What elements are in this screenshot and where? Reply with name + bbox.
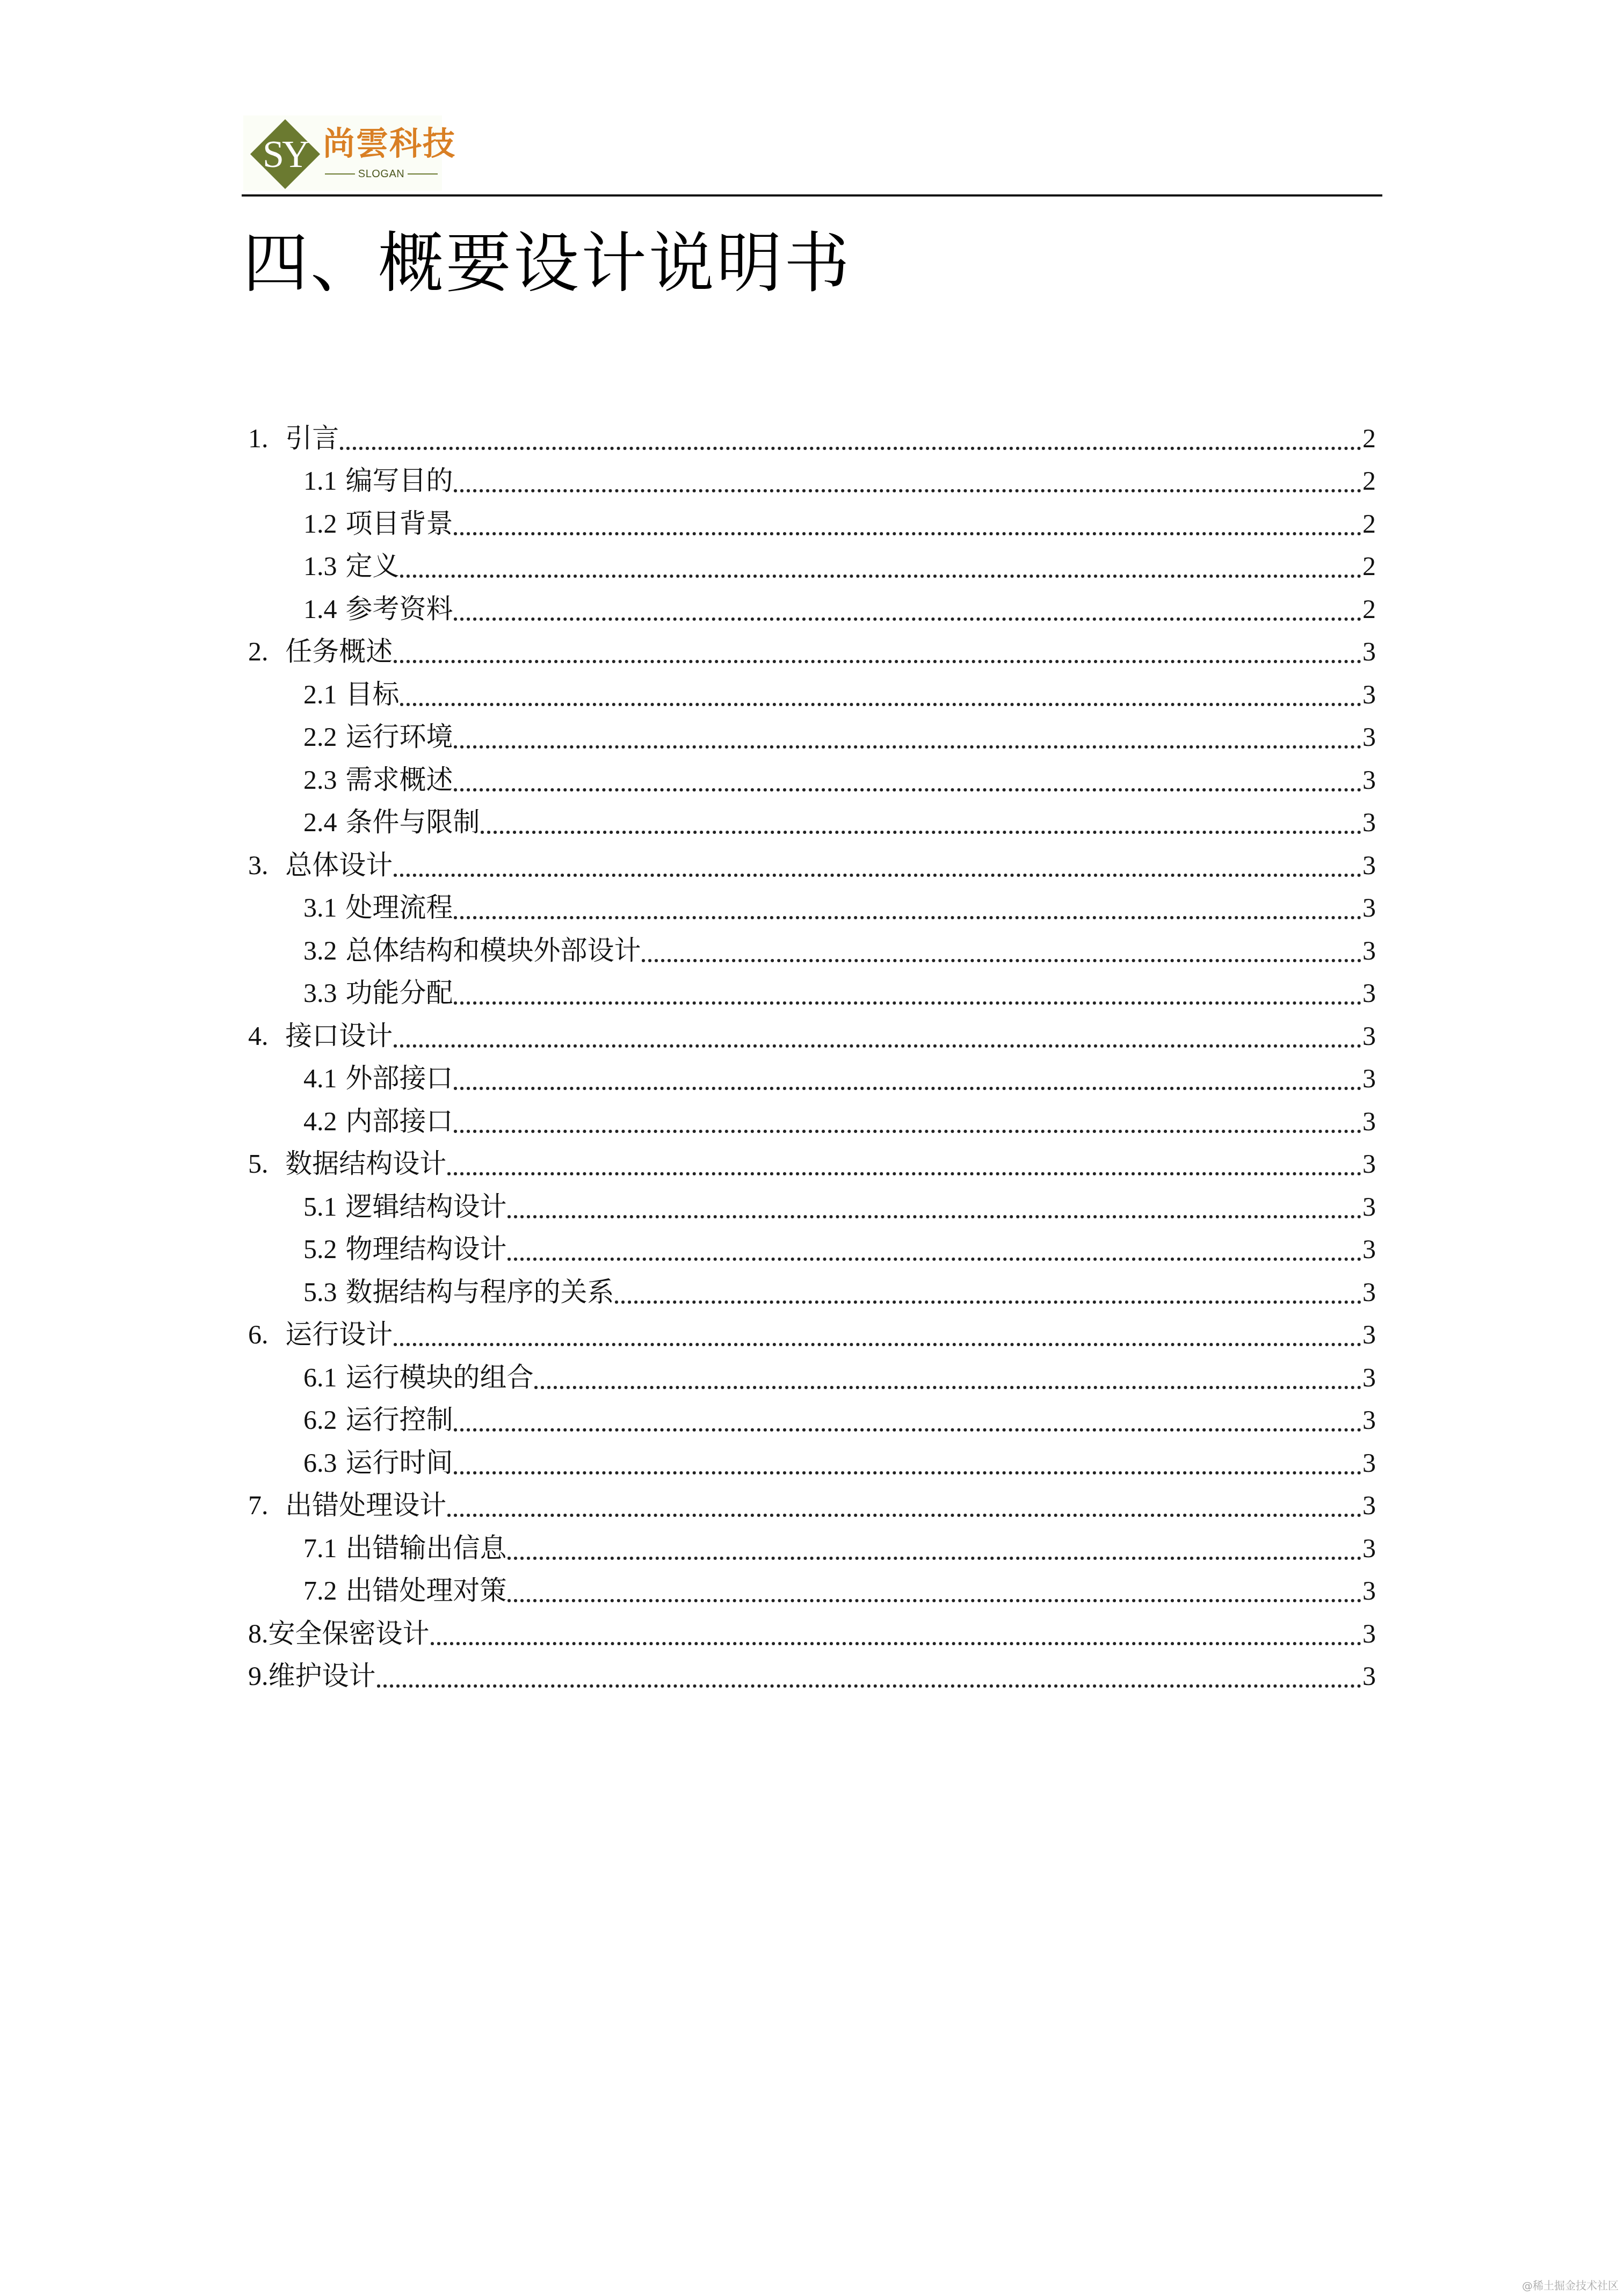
toc-entry[interactable]: 1. 引言2 — [248, 415, 1376, 457]
toc-page-number: 3 — [1362, 678, 1376, 714]
toc-entry[interactable]: 7.2 出错处理对策3 — [248, 1567, 1376, 1610]
toc-entry-label: 7.1 出错输出信息 — [303, 1532, 506, 1567]
toc-entry-number: 4.1 — [303, 1063, 337, 1093]
toc-dot-leader — [454, 745, 1361, 749]
logo-slogan: SLOGAN — [358, 168, 404, 180]
toc-entry[interactable]: 3.1 处理流程3 — [248, 884, 1376, 927]
toc-entry-title: 目标 — [345, 679, 399, 710]
toc-dot-leader — [447, 1172, 1361, 1175]
toc-entry-title: 项目背景 — [345, 508, 453, 539]
toc-entry-label: 3.2 总体结构和模块外部设计 — [303, 934, 641, 970]
toc-page-number: 3 — [1362, 1062, 1376, 1098]
toc-entry-number: 8. — [248, 1618, 269, 1648]
toc-entry-title: 接口设计 — [285, 1020, 393, 1051]
toc-entry-title: 参考资料 — [345, 593, 453, 624]
toc-entry-label: 6.1 运行模块的组合 — [303, 1361, 533, 1397]
toc-entry-label: 9.维护设计 — [248, 1660, 376, 1695]
toc-entry-number: 6.1 — [303, 1362, 337, 1392]
toc-entry-number: 1.2 — [303, 508, 337, 539]
toc-entry-title: 出错输出信息 — [345, 1532, 506, 1564]
toc-page-number: 3 — [1362, 934, 1376, 970]
toc-page-number: 3 — [1362, 635, 1376, 671]
toc-dot-leader — [400, 575, 1361, 578]
toc-entry[interactable]: 6.2 运行控制3 — [248, 1397, 1376, 1440]
toc-entry-label: 7.2 出错处理对策 — [303, 1574, 506, 1610]
toc-dot-leader — [454, 1471, 1361, 1474]
toc-entry-title: 安全保密设计 — [269, 1618, 430, 1649]
toc-entry[interactable]: 3. 总体设计3 — [248, 841, 1376, 884]
toc-dot-leader — [454, 617, 1361, 621]
toc-entry-title: 运行设计 — [285, 1319, 393, 1350]
toc-page-number: 3 — [1362, 1276, 1376, 1311]
toc-dot-leader — [394, 1044, 1361, 1048]
toc-page-number: 3 — [1362, 1489, 1376, 1524]
toc-page-number: 3 — [1362, 1404, 1376, 1439]
toc-page-number: 3 — [1362, 1233, 1376, 1268]
toc-entry-number: 1.1 — [303, 466, 337, 496]
toc-dot-leader — [454, 1428, 1361, 1432]
toc-page-number: 3 — [1362, 764, 1376, 799]
toc-entry-separator — [337, 764, 346, 795]
toc-page-number: 3 — [1362, 977, 1376, 1012]
page-title: 四、概要设计说明书 — [243, 226, 852, 301]
toc-entry-title: 逻辑结构设计 — [345, 1191, 506, 1222]
toc-entry-title: 功能分配 — [345, 977, 453, 1008]
toc-entry-title: 任务概述 — [285, 636, 393, 667]
toc-page-number: 3 — [1362, 1105, 1376, 1140]
toc-entry-separator — [337, 1447, 346, 1478]
toc-entry[interactable]: 3.2 总体结构和模块外部设计3 — [248, 927, 1376, 970]
toc-page-number: 3 — [1362, 1147, 1376, 1183]
toc-entry-title: 内部接口 — [345, 1106, 453, 1137]
toc-entry-label: 5.2 物理结构设计 — [303, 1233, 506, 1268]
toc-entry[interactable]: 4.2 内部接口3 — [248, 1098, 1376, 1140]
toc-dot-leader — [454, 1087, 1361, 1090]
toc-entry-number: 6.2 — [303, 1405, 337, 1435]
toc-entry-separator — [337, 1575, 346, 1606]
toc-entry-title: 定义 — [345, 550, 399, 582]
toc-page-number: 3 — [1362, 1361, 1376, 1397]
toc-entry[interactable]: 5.2 物理结构设计3 — [248, 1226, 1376, 1269]
toc-page-number: 2 — [1362, 507, 1376, 543]
toc-dot-leader — [508, 1599, 1361, 1602]
toc-dot-leader — [481, 831, 1361, 834]
toc-entry-number: 3.1 — [303, 892, 337, 922]
toc-entry-title: 出错处理设计 — [285, 1490, 446, 1521]
toc-dot-leader — [454, 489, 1361, 492]
toc-entry[interactable]: 5.1 逻辑结构设计3 — [248, 1183, 1376, 1226]
toc-entry[interactable]: 1.4 参考资料2 — [248, 585, 1376, 628]
toc-entry-number: 5. — [248, 1149, 269, 1179]
toc-entry-number: 7.1 — [303, 1533, 337, 1563]
toc-entry-label: 4.2 内部接口 — [303, 1105, 453, 1140]
toc-entry-separator — [337, 935, 346, 966]
toc-entry-label: 3.1 处理流程 — [303, 891, 453, 927]
toc-entry-number: 4.2 — [303, 1106, 337, 1136]
toc-entry[interactable]: 4.1 外部接口3 — [248, 1055, 1376, 1098]
toc-dot-leader — [340, 447, 1361, 450]
toc-page-number: 2 — [1362, 464, 1376, 500]
toc-entry-number: 1.4 — [303, 594, 337, 624]
toc-entry-number: 1. — [248, 423, 269, 453]
toc-page-number: 3 — [1362, 891, 1376, 927]
toc-entry-title: 出错处理对策 — [345, 1575, 506, 1606]
toc-entry-number: 2.3 — [303, 765, 337, 795]
toc-entry-label: 6.3 运行时间 — [303, 1447, 453, 1482]
header-divider — [242, 194, 1382, 197]
toc-entry-label: 6.2 运行控制 — [303, 1404, 453, 1439]
toc-entry-title: 条件与限制 — [345, 806, 480, 838]
toc-entry[interactable]: 1.3 定义2 — [248, 543, 1376, 586]
toc-entry-label: 3. 总体设计 — [248, 849, 393, 884]
toc-entry-number: 6.3 — [303, 1448, 337, 1478]
toc-page-number: 2 — [1362, 550, 1376, 585]
toc-entry-separator — [337, 1276, 346, 1307]
toc-entry-label: 4. 接口设计 — [248, 1020, 393, 1055]
toc-entry-title: 编写目的 — [345, 465, 453, 496]
toc-dot-leader — [400, 703, 1361, 706]
toc-entry-title: 外部接口 — [345, 1063, 453, 1094]
toc-entry-label: 1.4 参考资料 — [303, 593, 453, 628]
toc-dot-leader — [642, 959, 1361, 962]
toc-entry-separator — [337, 1106, 346, 1137]
toc-entry-separator — [337, 1404, 346, 1435]
toc-entry-label: 5.3 数据结构与程序的关系 — [303, 1276, 614, 1311]
toc-entry-title: 总体结构和模块外部设计 — [345, 935, 641, 966]
toc-entry-number: 6. — [248, 1319, 269, 1349]
toc-entry-label: 6. 运行设计 — [248, 1318, 393, 1354]
toc-entry-separator — [337, 465, 346, 496]
logo-company-name: 尚雲科技 — [323, 125, 456, 163]
logo-monogram: SY — [251, 127, 320, 181]
toc-page-number: 3 — [1362, 1617, 1376, 1653]
toc-entry-title: 维护设计 — [269, 1660, 376, 1691]
toc-dot-leader — [508, 1557, 1361, 1560]
toc-entry-label: 2.4 条件与限制 — [303, 806, 480, 841]
toc-dot-leader — [508, 1258, 1361, 1261]
toc-entry[interactable]: 2.4 条件与限制3 — [248, 799, 1376, 842]
toc-page-number: 3 — [1362, 1447, 1376, 1482]
toc-entry-separator — [337, 1191, 346, 1222]
toc-dot-leader — [454, 916, 1361, 919]
toc-entry-number: 5.3 — [303, 1277, 337, 1307]
toc-entry-separator — [337, 892, 346, 923]
toc-page-number: 3 — [1362, 1020, 1376, 1055]
toc-entry[interactable]: 6.3 运行时间3 — [248, 1439, 1376, 1482]
toc-entry-separator — [337, 550, 346, 582]
toc-entry-separator — [337, 806, 346, 838]
toc-entry-separator — [269, 1148, 286, 1179]
toc-entry-number: 1.3 — [303, 551, 337, 581]
toc-entry[interactable]: 4. 接口设计3 — [248, 1012, 1376, 1055]
toc-entry-label: 8.安全保密设计 — [248, 1617, 430, 1653]
toc-entry-separator — [337, 1362, 346, 1393]
slogan-divider-right — [408, 173, 438, 175]
toc-entry-label: 2.1 目标 — [303, 678, 399, 714]
toc-entry-separator — [337, 721, 346, 752]
toc-entry-separator — [269, 849, 286, 881]
toc-entry-number: 2.4 — [303, 807, 337, 837]
toc-entry-separator — [269, 1490, 286, 1521]
toc-page-number: 3 — [1362, 806, 1376, 841]
toc-entry[interactable]: 7. 出错处理设计3 — [248, 1482, 1376, 1525]
toc-entry-separator — [269, 636, 286, 667]
toc-page-number: 2 — [1362, 422, 1376, 457]
toc-entry-label: 7. 出错处理设计 — [248, 1489, 446, 1524]
toc-entry-label: 1.1 编写目的 — [303, 464, 453, 500]
toc-entry[interactable]: 6.1 运行模块的组合3 — [248, 1354, 1376, 1397]
toc-entry[interactable]: 6. 运行设计3 — [248, 1311, 1376, 1354]
slogan-divider-left — [325, 173, 355, 175]
toc-entry[interactable]: 1.1 编写目的2 — [248, 457, 1376, 500]
toc-entry-separator — [337, 508, 346, 539]
toc-entry-title: 总体设计 — [285, 849, 393, 881]
toc-page-number: 3 — [1362, 1318, 1376, 1354]
company-logo: SY 尚雲科技 SLOGAN — [243, 115, 442, 191]
toc-dot-leader — [508, 1215, 1361, 1218]
toc-entry-separator — [337, 1063, 346, 1094]
logo-slogan-row: SLOGAN — [325, 167, 438, 181]
toc-page-number: 3 — [1362, 1660, 1376, 1695]
toc-entry-number: 3.3 — [303, 978, 337, 1008]
toc-entry-number: 5.2 — [303, 1234, 337, 1264]
toc-entry[interactable]: 5. 数据结构设计3 — [248, 1140, 1376, 1183]
toc-entry-label: 5. 数据结构设计 — [248, 1147, 446, 1183]
toc-entry-title: 引言 — [285, 423, 339, 454]
table-of-contents: 1. 引言21.1 编写目的21.2 项目背景21.3 定义21.4 参考资料2… — [248, 415, 1376, 1695]
toc-entry-label: 2.3 需求概述 — [303, 764, 453, 799]
toc-dot-leader — [394, 660, 1361, 663]
toc-entry-number: 3. — [248, 850, 269, 880]
toc-entry-number: 3.2 — [303, 935, 337, 965]
toc-dot-leader — [394, 874, 1361, 877]
toc-dot-leader — [454, 1130, 1361, 1133]
toc-page-number: 3 — [1362, 1532, 1376, 1567]
toc-entry[interactable]: 8.安全保密设计3 — [248, 1610, 1376, 1653]
toc-entry[interactable]: 2.2 运行环境3 — [248, 714, 1376, 757]
toc-entry-number: 5.1 — [303, 1191, 337, 1222]
toc-entry-number: 9. — [248, 1661, 269, 1691]
toc-entry-number: 4. — [248, 1021, 269, 1051]
toc-entry-separator — [337, 593, 346, 624]
toc-entry[interactable]: 3.3 功能分配3 — [248, 970, 1376, 1013]
toc-entry-number: 2.2 — [303, 722, 337, 752]
toc-entry-label: 5.1 逻辑结构设计 — [303, 1190, 506, 1226]
toc-dot-leader — [377, 1684, 1362, 1688]
toc-entry[interactable]: 2. 任务概述3 — [248, 628, 1376, 671]
toc-entry-title: 运行控制 — [345, 1404, 453, 1435]
toc-entry-label: 1.3 定义 — [303, 550, 399, 585]
toc-entry-number: 2. — [248, 636, 269, 666]
toc-entry[interactable]: 1.2 项目背景2 — [248, 500, 1376, 543]
toc-entry[interactable]: 9.维护设计3 — [248, 1653, 1376, 1696]
watermark: @稀土掘金技术社区 — [1522, 2277, 1619, 2293]
toc-entry-label: 2. 任务概述 — [248, 635, 393, 671]
toc-entry-title: 数据结构设计 — [285, 1148, 446, 1179]
toc-entry-separator — [337, 977, 346, 1008]
toc-entry-number: 7.2 — [303, 1575, 337, 1605]
toc-entry-label: 4.1 外部接口 — [303, 1062, 453, 1098]
toc-dot-leader — [454, 788, 1361, 791]
toc-entry-title: 运行模块的组合 — [345, 1362, 533, 1393]
toc-entry-separator — [337, 1233, 346, 1265]
toc-entry-label: 2.2 运行环境 — [303, 721, 453, 756]
toc-entry-separator — [269, 1319, 286, 1350]
toc-entry-title: 处理流程 — [345, 892, 453, 923]
toc-entry-separator — [269, 1020, 286, 1051]
toc-dot-leader — [454, 532, 1361, 535]
toc-entry-title: 物理结构设计 — [345, 1233, 506, 1265]
toc-entry-title: 需求概述 — [345, 764, 453, 795]
toc-entry-separator — [337, 679, 346, 710]
toc-entry-separator — [337, 1532, 346, 1564]
toc-dot-leader — [447, 1514, 1361, 1517]
toc-page-number: 3 — [1362, 849, 1376, 884]
toc-dot-leader — [454, 1001, 1361, 1005]
toc-dot-leader — [534, 1386, 1361, 1389]
document-page: SY 尚雲科技 SLOGAN 四、概要设计说明书 1. 引言21.1 编写目的2… — [0, 0, 1624, 2296]
toc-dot-leader — [394, 1343, 1361, 1346]
toc-entry[interactable]: 2.3 需求概述3 — [248, 756, 1376, 799]
toc-entry-title: 运行环境 — [345, 721, 453, 752]
toc-page-number: 3 — [1362, 1574, 1376, 1610]
toc-entry[interactable]: 7.1 出错输出信息3 — [248, 1524, 1376, 1567]
toc-entry-number: 7. — [248, 1490, 269, 1520]
toc-entry-label: 1. 引言 — [248, 422, 339, 457]
toc-page-number: 3 — [1362, 721, 1376, 756]
toc-page-number: 3 — [1362, 1190, 1376, 1226]
toc-entry-title: 数据结构与程序的关系 — [345, 1276, 614, 1307]
toc-entry[interactable]: 2.1 目标3 — [248, 671, 1376, 714]
toc-entry[interactable]: 5.3 数据结构与程序的关系3 — [248, 1268, 1376, 1311]
toc-entry-title: 运行时间 — [345, 1447, 453, 1478]
toc-dot-leader — [431, 1642, 1362, 1645]
toc-entry-number: 2.1 — [303, 679, 337, 709]
toc-entry-separator — [269, 423, 286, 454]
toc-dot-leader — [615, 1300, 1361, 1304]
toc-page-number: 2 — [1362, 593, 1376, 628]
toc-entry-label: 3.3 功能分配 — [303, 977, 453, 1012]
toc-entry-label: 1.2 项目背景 — [303, 507, 453, 543]
